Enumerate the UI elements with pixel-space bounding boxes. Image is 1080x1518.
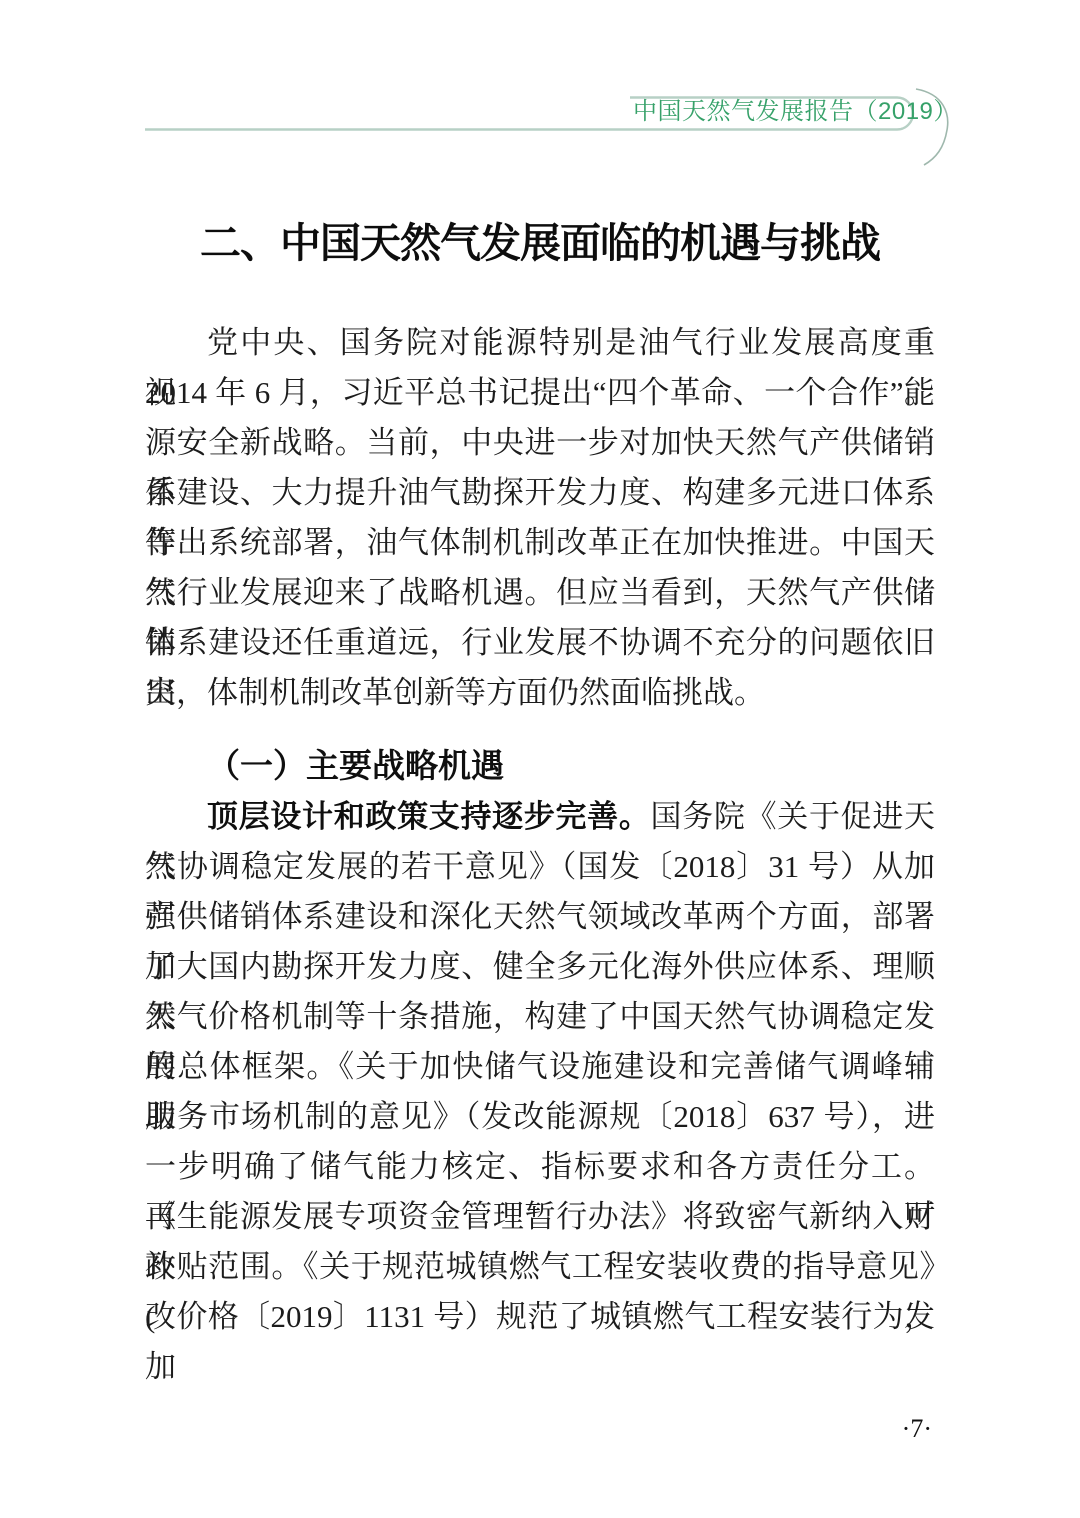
report-title: 中国天然气发展报告（2019） bbox=[633, 97, 913, 127]
body-text-line: 加大国内勘探开发力度、健全多元化海外供应体系、理顺天 bbox=[145, 942, 935, 992]
header-rule-line bbox=[0, 0, 1080, 190]
body-text-line: 一步明确了储气能力核定、指标要求和各方责任分工。《可 bbox=[145, 1142, 935, 1192]
page-number: ·7· bbox=[902, 1412, 932, 1446]
body-text-line: 气协调稳定发展的若干意见》（国发〔2018〕31 号）从加强 bbox=[145, 842, 935, 892]
body-text-line: 体系建设还任重道远，行业发展不协调不充分的问题依旧突 bbox=[145, 618, 935, 668]
body-text-line: 的总体框架。《关于加快储气设施建设和完善储气调峰辅助 bbox=[145, 1042, 935, 1092]
body-text-line: 补贴范围。《关于规范城镇燃气工程安装收费的指导意见》(发 bbox=[145, 1242, 935, 1292]
paragraph-2: 顶层设计和政策支持逐步完善。国务院《关于促进天然 气协调稳定发展的若干意见》（国… bbox=[145, 792, 935, 1342]
document-page: 中国天然气发展报告（2019） 二、中国天然气发展面临的机遇与挑战 党中央、国务… bbox=[0, 0, 1080, 1518]
body-text-line: 再生能源发展专项资金管理暂行办法》将致密气新纳入财政 bbox=[145, 1192, 935, 1242]
body-text-line: 产供储销体系建设和深化天然气领域改革两个方面，部署了 bbox=[145, 892, 935, 942]
body-text-line: 作出系统部署，油气体制机制改革正在加快推进。中国天然 bbox=[145, 518, 935, 568]
body-text-line: 服务市场机制的意见》（发改能源规〔2018〕637 号），进 bbox=[145, 1092, 935, 1142]
paragraph-1: 党中央、国务院对能源特别是油气行业发展高度重视。 2014 年 6 月，习近平总… bbox=[145, 318, 935, 718]
section-heading: （一）主要战略机遇 bbox=[145, 742, 935, 792]
page-title: 二、中国天然气发展面临的机遇与挑战 bbox=[0, 212, 1080, 274]
body-text-line: 顶层设计和政策支持逐步完善。国务院《关于促进天然 bbox=[145, 792, 935, 842]
body-text-line: 然气价格机制等十条措施，构建了中国天然气协调稳定发展 bbox=[145, 992, 935, 1042]
body-text-line: 出，体制机制改革创新等方面仍然面临挑战。 bbox=[145, 668, 935, 718]
bold-lead-text: 顶层设计和政策支持逐步完善。 bbox=[207, 799, 651, 834]
body-text-line: 改价格〔2019〕1131 号）规范了城镇燃气工程安装行为，加 bbox=[145, 1292, 935, 1342]
body-text-line: 党中央、国务院对能源特别是油气行业发展高度重视。 bbox=[145, 318, 935, 368]
body-text-line: 源安全新战略。当前，中央进一步对加快天然气产供储销体 bbox=[145, 418, 935, 468]
body-text: 党中央、国务院对能源特别是油气行业发展高度重视。 2014 年 6 月，习近平总… bbox=[145, 318, 935, 1342]
body-text-line: 系建设、大力提升油气勘探开发力度、构建多元进口体系等 bbox=[145, 468, 935, 518]
body-text-line: 气行业发展迎来了战略机遇。但应当看到，天然气产供储销 bbox=[145, 568, 935, 618]
body-text-line: 2014 年 6 月，习近平总书记提出“四个革命、一个合作”能 bbox=[145, 368, 935, 418]
